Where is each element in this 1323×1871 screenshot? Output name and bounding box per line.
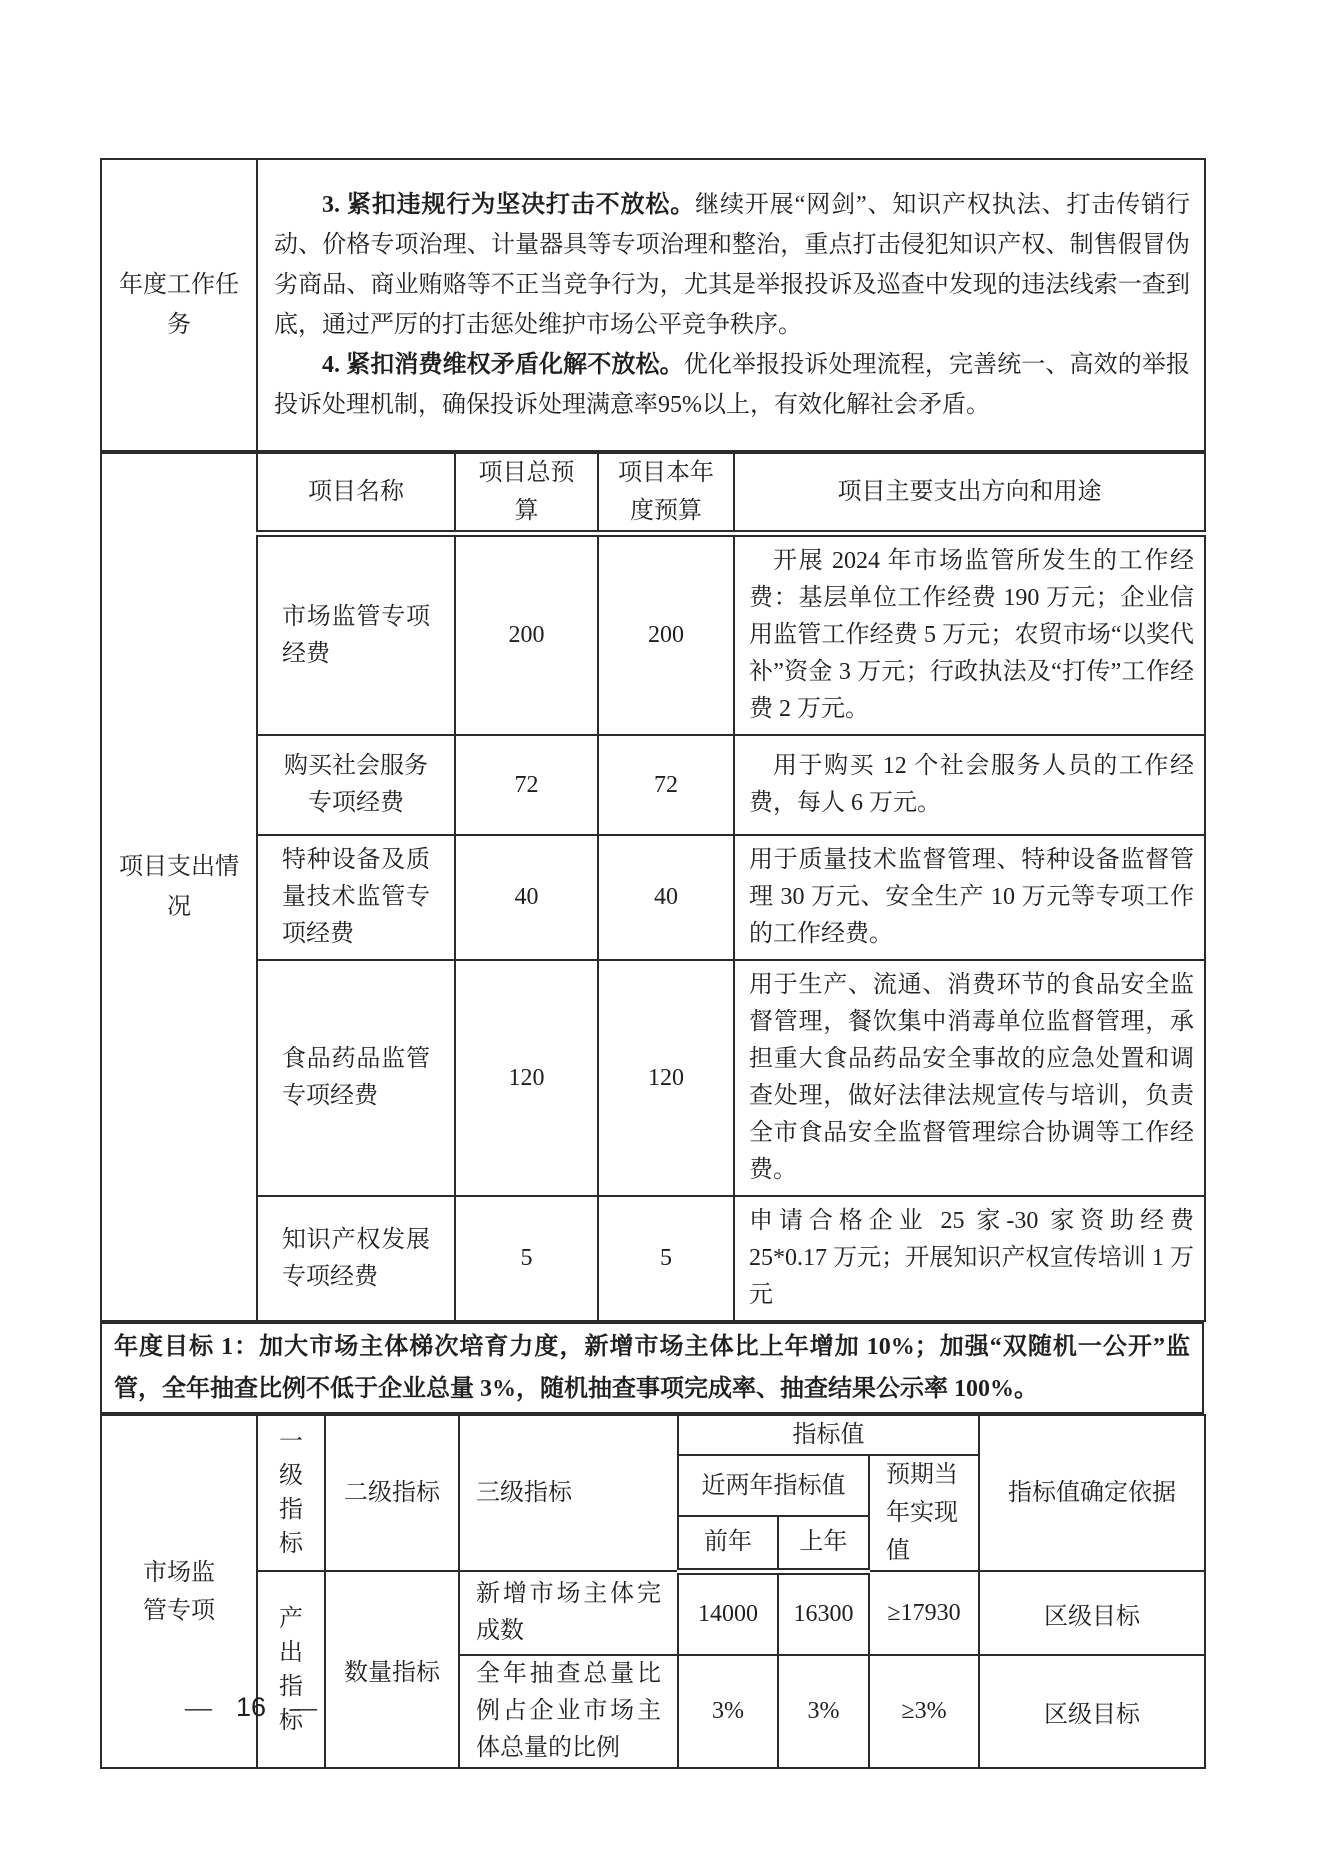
table-row: 食品药品监管专项经费 120 120 用于生产、流通、消费环节的食品安全监督管理… (101, 960, 1205, 1196)
task-paragraph-3: 3. 紧扣违规行为坚决打击不放松。继续开展“网剑”、知识产权执法、打击传销行动、… (274, 185, 1190, 345)
table-row: 年度目标 1：加大市场主体梯次培育力度，新增市场主体比上年增加 10%；加强“双… (101, 1323, 1203, 1413)
column-header-recent-two-years: 近两年指标值 (678, 1455, 869, 1516)
column-header-last-year: 上年 (778, 1516, 869, 1571)
project-total-budget: 5 (455, 1196, 598, 1321)
page-number: —16— (185, 1692, 317, 1723)
project-usage: 用于质量技术监督管理、特种设备监督管理 30 万元、安全生产 10 万元等专项工… (734, 835, 1205, 960)
project-year-budget: 5 (598, 1196, 734, 1321)
task-paragraph-3-lead: 3. 紧扣违规行为坚决打击不放松。 (322, 192, 695, 218)
project-year-budget: 40 (598, 835, 734, 960)
project-name: 购买社会服务专项经费 (257, 735, 455, 835)
table-header-row: 项目支出情况 项目名称 项目总预算 项目本年度预算 项目主要支出方向和用途 (101, 453, 1205, 534)
level3-indicator: 全年抽查总量比例占企业市场主体总量的比例 (459, 1655, 678, 1768)
annual-tasks-label: 年度工作任务 (101, 159, 257, 451)
annual-tasks-table: 年度工作任务 3. 紧扣违规行为坚决打击不放松。继续开展“网剑”、知识产权执法、… (100, 158, 1206, 452)
level3-indicator: 新增市场主体完成数 (459, 1571, 678, 1655)
project-total-budget: 120 (455, 960, 598, 1196)
page-number-left-dash: — (185, 1692, 212, 1723)
column-header-total-budget: 项目总预算 (455, 453, 598, 534)
annual-goal-text: 年度目标 1：加大市场主体梯次培育力度，新增市场主体比上年增加 10%；加强“双… (101, 1323, 1203, 1413)
annual-goal-table: 年度目标 1：加大市场主体梯次培育力度，新增市场主体比上年增加 10%；加强“双… (100, 1322, 1204, 1414)
column-header-year-before-last: 前年 (678, 1516, 778, 1571)
project-usage: 用于生产、流通、消费环节的食品安全监督管理，餐饮集中消毒单位监督管理，承担重大食… (734, 960, 1205, 1196)
column-header-level3: 三级指标 (459, 1415, 678, 1571)
annual-tasks-content: 3. 紧扣违规行为坚决打击不放松。继续开展“网剑”、知识产权执法、打击传销行动、… (257, 159, 1205, 451)
project-name: 知识产权发展专项经费 (257, 1196, 455, 1321)
project-total-budget: 40 (455, 835, 598, 960)
level2-indicator-value: 数量指标 (325, 1571, 459, 1768)
document-page: 年度工作任务 3. 紧扣违规行为坚决打击不放松。继续开展“网剑”、知识产权执法、… (100, 158, 1204, 1769)
table-row: 市场监管专项经费 200 200 开展 2024 年市场监管所发生的工作经费：基… (101, 534, 1205, 736)
project-total-budget: 200 (455, 534, 598, 736)
project-usage: 申请合格企业 25 家-30 家资助经费 25*0.17 万元；开展知识产权宣传… (734, 1196, 1205, 1321)
page-number-value: 16 (236, 1692, 266, 1723)
task-paragraph-4: 4. 紧扣消费维权矛盾化解不放松。优化举报投诉处理流程，完善统一、高效的举报投诉… (274, 345, 1190, 425)
project-year-budget: 72 (598, 735, 734, 835)
project-expenditure-table: 项目支出情况 项目名称 项目总预算 项目本年度预算 项目主要支出方向和用途 市场… (100, 452, 1206, 1322)
column-header-expected: 预期当年实现值 (869, 1455, 979, 1571)
project-year-budget: 120 (598, 960, 734, 1196)
project-total-budget: 72 (455, 735, 598, 835)
column-header-level2: 二级指标 (325, 1415, 459, 1571)
table-header-row: 市场监管专项 一级指标 二级指标 三级指标 指标值 指标值确定依据 (101, 1415, 1205, 1455)
page-number-right-dash: — (290, 1692, 317, 1723)
project-usage: 用于购买 12 个社会服务人员的工作经费，每人 6 万元。 (734, 735, 1205, 835)
table-row: 特种设备及质量技术监管专项经费 40 40 用于质量技术监督管理、特种设备监督管… (101, 835, 1205, 960)
value-expected: ≥3% (869, 1655, 979, 1768)
value-expected: ≥17930 (869, 1571, 979, 1655)
table-row: 知识产权发展专项经费 5 5 申请合格企业 25 家-30 家资助经费 25*0… (101, 1196, 1205, 1321)
value-last-year: 3% (778, 1655, 869, 1768)
column-header-year-budget: 项目本年度预算 (598, 453, 734, 534)
value-year-before-last: 14000 (678, 1571, 778, 1655)
value-basis: 区级目标 (979, 1655, 1205, 1768)
table-row: 购买社会服务专项经费 72 72 用于购买 12 个社会服务人员的工作经费，每人… (101, 735, 1205, 835)
column-header-project-name: 项目名称 (257, 453, 455, 534)
value-basis: 区级目标 (979, 1571, 1205, 1655)
task-paragraph-4-lead: 4. 紧扣消费维权矛盾化解不放松。 (322, 352, 684, 378)
column-header-basis: 指标值确定依据 (979, 1415, 1205, 1571)
project-name: 食品药品监管专项经费 (257, 960, 455, 1196)
project-expenditure-label: 项目支出情况 (101, 453, 257, 1321)
column-header-level1: 一级指标 (257, 1415, 325, 1571)
table-row: 年度工作任务 3. 紧扣违规行为坚决打击不放松。继续开展“网剑”、知识产权执法、… (101, 159, 1205, 451)
project-usage: 开展 2024 年市场监管所发生的工作经费：基层单位工作经费 190 万元；企业… (734, 534, 1205, 736)
project-name: 特种设备及质量技术监管专项经费 (257, 835, 455, 960)
table-row: 产出指标 数量指标 新增市场主体完成数 14000 16300 ≥17930 区… (101, 1571, 1205, 1655)
value-last-year: 16300 (778, 1571, 869, 1655)
level1-indicator-value: 产出指标 (257, 1571, 325, 1768)
project-year-budget: 200 (598, 534, 734, 736)
column-header-indicator-value: 指标值 (678, 1415, 979, 1455)
column-header-usage: 项目主要支出方向和用途 (734, 453, 1205, 534)
value-year-before-last: 3% (678, 1655, 778, 1768)
project-name: 市场监管专项经费 (257, 534, 455, 736)
